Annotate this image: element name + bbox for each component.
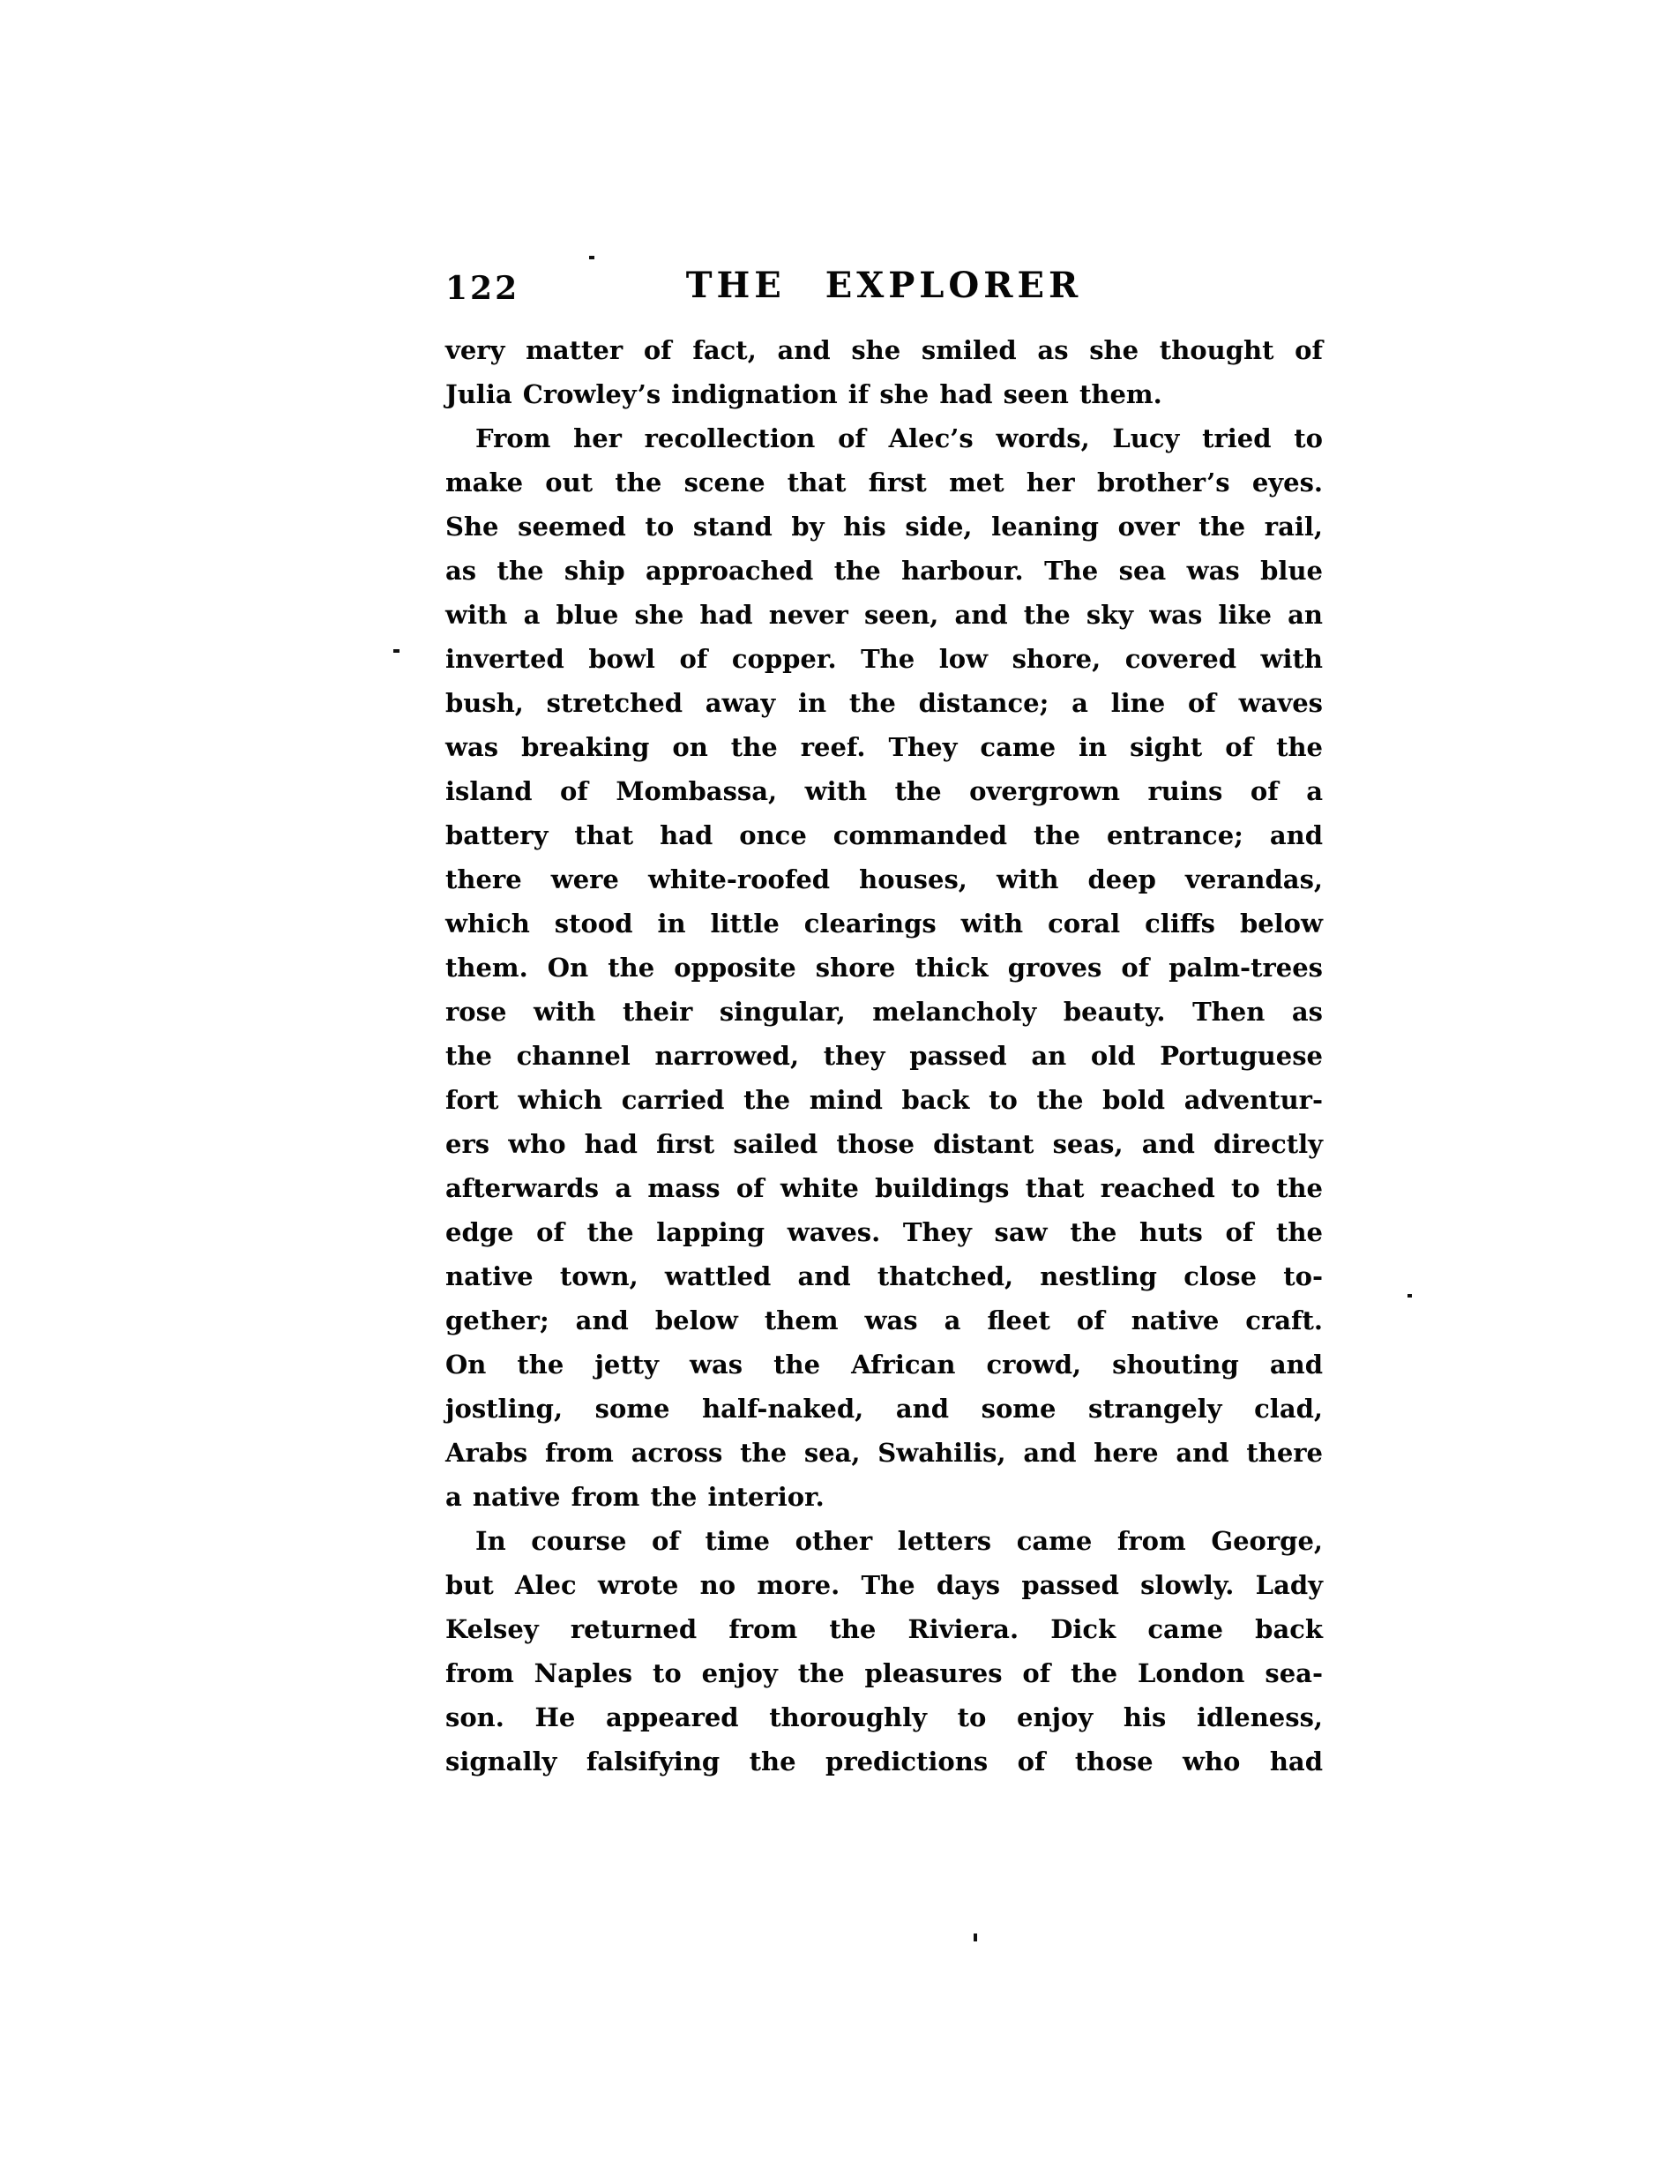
scan-speck: [974, 1933, 977, 1941]
text-line: On the jetty was the African crowd, shou…: [445, 1343, 1323, 1387]
text-line: son. He appeared thoroughly to enjoy his…: [445, 1695, 1323, 1739]
text-line: as the ship approached the harbour. The …: [445, 549, 1323, 593]
text-line: inverted bowl of copper. The low shore, …: [445, 637, 1323, 681]
running-title: THE EXPLORER: [445, 265, 1323, 306]
text-line: In course of time other letters came fro…: [445, 1519, 1323, 1563]
text-line: From her recollection of Alec’s words, L…: [445, 416, 1323, 460]
text-line: from Naples to enjoy the pleasures of th…: [445, 1651, 1323, 1695]
page-text: very matter of fact, and she smiled as s…: [445, 328, 1323, 1784]
scan-speck: [1407, 1294, 1412, 1298]
text-line: gether; and below them was a fleet of na…: [445, 1298, 1323, 1343]
scan-speck: [393, 649, 399, 653]
text-line: which stood in little clearings with cor…: [445, 901, 1323, 946]
book-page: 122 THE EXPLORER very matter of fact, an…: [0, 0, 1680, 2184]
text-line: very matter of fact, and she smiled as s…: [445, 328, 1323, 372]
text-line: the channel narrowed, they passed an old…: [445, 1034, 1323, 1078]
text-line: ers who had first sailed those distant s…: [445, 1122, 1323, 1166]
text-line: with a blue she had never seen, and the …: [445, 593, 1323, 637]
scan-speck: [589, 256, 594, 259]
text-line: signally falsifying the predictions of t…: [445, 1739, 1323, 1784]
text-line: jostling, some half-naked, and some stra…: [445, 1387, 1323, 1431]
text-line: there were white-roofed houses, with dee…: [445, 857, 1323, 901]
text-line: them. On the opposite shore thick groves…: [445, 946, 1323, 990]
text-line: fort which carried the mind back to the …: [445, 1078, 1323, 1122]
text-line: native town, wattled and thatched, nestl…: [445, 1254, 1323, 1298]
text-line: edge of the lapping waves. They saw the …: [445, 1210, 1323, 1254]
page-header: 122 THE EXPLORER: [445, 265, 1323, 309]
text-line: but Alec wrote no more. The days passed …: [445, 1563, 1323, 1607]
text-line: make out the scene that first met her br…: [445, 460, 1323, 505]
text-line: island of Mombassa, with the overgrown r…: [445, 769, 1323, 813]
text-line: rose with their singular, melancholy bea…: [445, 990, 1323, 1034]
text-line: was breaking on the reef. They came in s…: [445, 725, 1323, 769]
text-line: a native from the interior.: [445, 1475, 1323, 1519]
text-line: afterwards a mass of white buildings tha…: [445, 1166, 1323, 1210]
text-line: battery that had once commanded the entr…: [445, 813, 1323, 857]
text-line: Kelsey returned from the Riviera. Dick c…: [445, 1607, 1323, 1651]
text-line: She seemed to stand by his side, leaning…: [445, 505, 1323, 549]
text-line: Arabs from across the sea, Swahilis, and…: [445, 1431, 1323, 1475]
text-line: Julia Crowley’s indignation if she had s…: [445, 372, 1323, 416]
text-line: bush, stretched away in the distance; a …: [445, 681, 1323, 725]
